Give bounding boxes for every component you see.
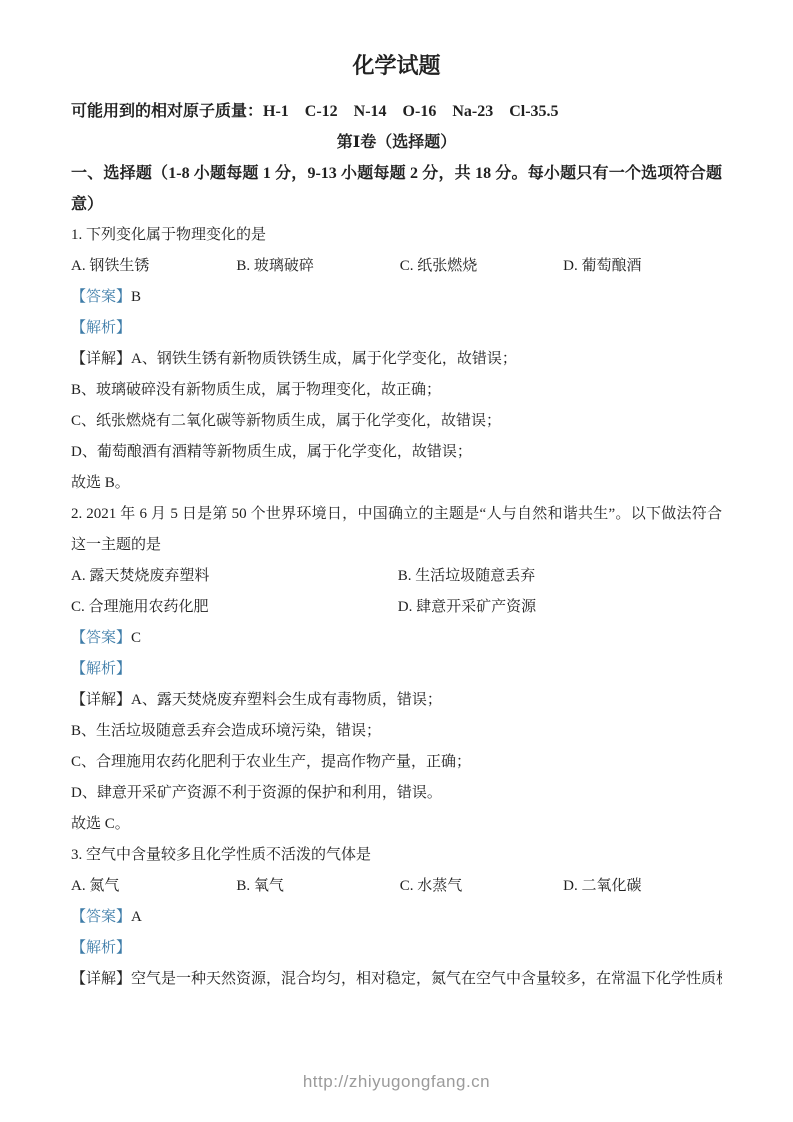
answer-value: A bbox=[131, 909, 142, 925]
option-a: A. 氮气 bbox=[71, 871, 236, 902]
option-b: B. 生活垃圾随意丢弃 bbox=[398, 561, 722, 592]
detail-line: 故选 B。 bbox=[71, 468, 722, 499]
answer-value: C bbox=[131, 630, 141, 646]
detail-line: C、合理施用农药化肥利于农业生产，提高作物产量，正确； bbox=[71, 747, 722, 778]
detail-line: B、玻璃破碎没有新物质生成，属于物理变化，故正确； bbox=[71, 375, 722, 406]
analysis-line: 【解析】 bbox=[71, 933, 722, 964]
answer-line: 【答案】C bbox=[71, 623, 722, 654]
analysis-label: 【解析】 bbox=[71, 320, 131, 336]
analysis-label: 【解析】 bbox=[71, 661, 131, 677]
page-title: 化学试题 bbox=[71, 46, 722, 86]
detail-line: 【详解】空气是一种天然资源，混合均匀，相对稳定，氮气在空气中含量较多，在常温下化… bbox=[71, 964, 722, 995]
question-stem: 1. 下列变化属于物理变化的是 bbox=[71, 220, 722, 251]
answer-line: 【答案】B bbox=[71, 282, 722, 313]
answer-label: 【答案】 bbox=[71, 630, 131, 646]
answer-value: B bbox=[131, 289, 141, 305]
detail-line: 【详解】A、露天焚烧废弃塑料会生成有毒物质，错误； bbox=[71, 685, 722, 716]
section-instruction: 一、选择题（1-8 小题每题 1 分，9-13 小题每题 2 分，共 18 分。… bbox=[71, 158, 722, 220]
answer-label: 【答案】 bbox=[71, 909, 131, 925]
detail-line: D、肆意开采矿产资源不利于资源的保护和利用，错误。 bbox=[71, 778, 722, 809]
footer-url: http://zhiyugongfang.cn bbox=[0, 1072, 793, 1092]
exam-document-page: 化学试题 可能用到的相对原子质量：H-1 C-12 N-14 O-16 Na-2… bbox=[0, 0, 793, 995]
option-d: D. 二氧化碳 bbox=[563, 871, 722, 902]
analysis-label: 【解析】 bbox=[71, 940, 131, 956]
option-d: D. 葡萄酿酒 bbox=[563, 251, 722, 282]
detail-line: 故选 C。 bbox=[71, 809, 722, 840]
analysis-line: 【解析】 bbox=[71, 313, 722, 344]
answer-line: 【答案】A bbox=[71, 902, 722, 933]
option-c: C. 纸张燃烧 bbox=[400, 251, 563, 282]
analysis-line: 【解析】 bbox=[71, 654, 722, 685]
option-d: D. 肆意开采矿产资源 bbox=[398, 592, 722, 623]
detail-line: C、纸张燃烧有二氧化碳等新物质生成，属于化学变化，故错误； bbox=[71, 406, 722, 437]
option-b: B. 玻璃破碎 bbox=[236, 251, 399, 282]
detail-line: D、葡萄酿酒有酒精等新物质生成，属于化学变化，故错误； bbox=[71, 437, 722, 468]
option-b: B. 氧气 bbox=[236, 871, 399, 902]
atomic-mass-line: 可能用到的相对原子质量：H-1 C-12 N-14 O-16 Na-23 Cl-… bbox=[71, 96, 722, 127]
options-row: A. 露天焚烧废弃塑料 B. 生活垃圾随意丢弃 C. 合理施用农药化肥 D. 肆… bbox=[71, 561, 722, 623]
detail-line: 【详解】A、钢铁生锈有新物质铁锈生成，属于化学变化，故错误； bbox=[71, 344, 722, 375]
question-stem: 2. 2021 年 6 月 5 日是第 50 个世界环境日，中国确立的主题是“人… bbox=[71, 499, 722, 561]
answer-label: 【答案】 bbox=[71, 289, 131, 305]
part-header: 第Ⅰ卷（选择题） bbox=[71, 127, 722, 158]
option-c: C. 合理施用农药化肥 bbox=[71, 592, 398, 623]
question-block-1: 1. 下列变化属于物理变化的是 A. 钢铁生锈 B. 玻璃破碎 C. 纸张燃烧 … bbox=[71, 220, 722, 499]
question-stem: 3. 空气中含量较多且化学性质不活泼的气体是 bbox=[71, 840, 722, 871]
question-block-2: 2. 2021 年 6 月 5 日是第 50 个世界环境日，中国确立的主题是“人… bbox=[71, 499, 722, 840]
option-c: C. 水蒸气 bbox=[400, 871, 563, 902]
option-a: A. 钢铁生锈 bbox=[71, 251, 236, 282]
options-row: A. 钢铁生锈 B. 玻璃破碎 C. 纸张燃烧 D. 葡萄酿酒 bbox=[71, 251, 722, 282]
detail-line: B、生活垃圾随意丢弃会造成环境污染，错误； bbox=[71, 716, 722, 747]
option-a: A. 露天焚烧废弃塑料 bbox=[71, 561, 398, 592]
options-row: A. 氮气 B. 氧气 C. 水蒸气 D. 二氧化碳 bbox=[71, 871, 722, 902]
question-block-3: 3. 空气中含量较多且化学性质不活泼的气体是 A. 氮气 B. 氧气 C. 水蒸… bbox=[71, 840, 722, 995]
